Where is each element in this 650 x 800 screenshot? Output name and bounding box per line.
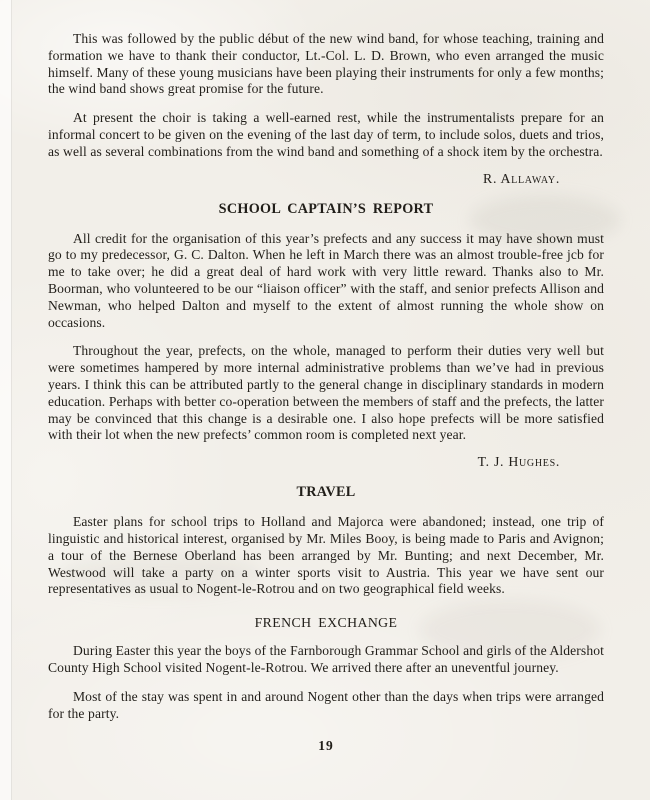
paragraph-wind-band: This was followed by the public début of… (48, 31, 604, 98)
heading-school-captains-report: SCHOOL CAPTAIN’S REPORT (48, 201, 604, 218)
scan-edge (0, 0, 12, 800)
paragraph-travel-plans: Easter plans for school trips to Holland… (48, 514, 604, 598)
paragraph-exchange-visit: During Easter this year the boys of the … (48, 643, 604, 677)
text-block: This was followed by the public début of… (48, 31, 604, 754)
signature-hughes: T. J. Hughes. (48, 453, 560, 470)
paragraph-prefects-credit: All credit for the organisation of this … (48, 231, 604, 332)
paragraph-exchange-stay: Most of the stay was spent in and around… (48, 689, 604, 723)
page-number: 19 (48, 738, 604, 754)
heading-travel: TRAVEL (48, 484, 604, 501)
heading-french-exchange: FRENCH EXCHANGE (48, 614, 604, 631)
paragraph-prefects-duties: Throughout the year, prefects, on the wh… (48, 343, 604, 444)
signature-allaway: R. Allaway. (48, 170, 560, 187)
paragraph-choir-concert: At present the choir is taking a well-ea… (48, 110, 604, 160)
magazine-page: This was followed by the public début of… (0, 0, 650, 800)
